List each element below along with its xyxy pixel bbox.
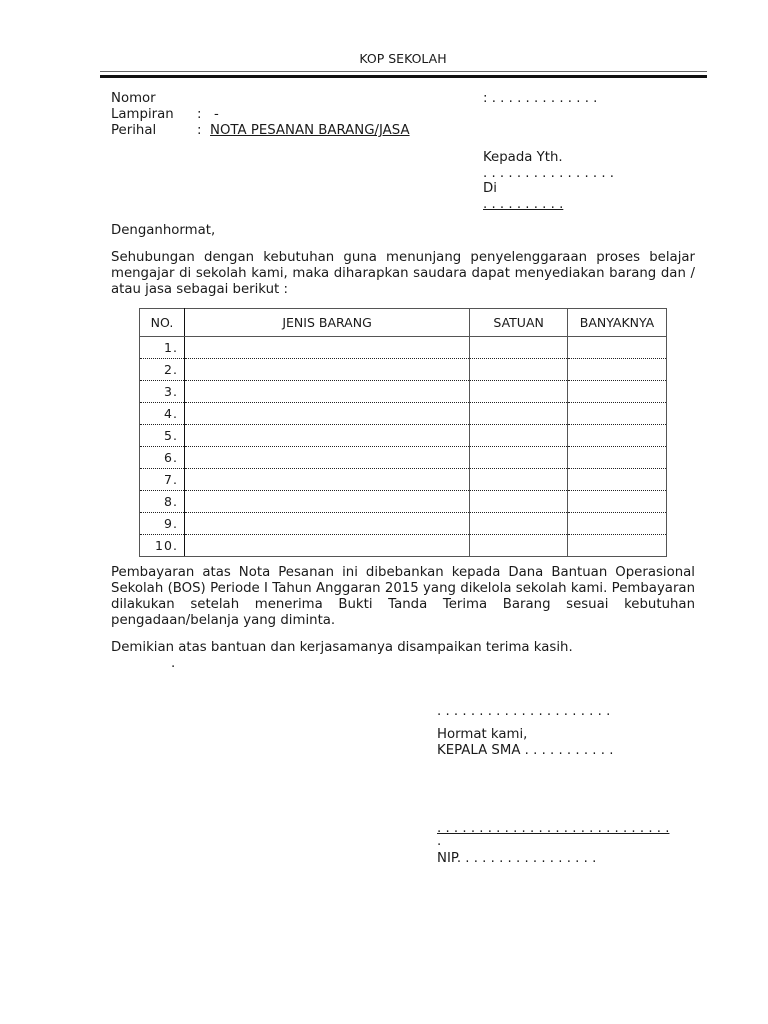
table-row: 2. xyxy=(140,359,667,381)
table-row: 6. xyxy=(140,447,667,469)
no-cell: 6. xyxy=(140,447,185,469)
banyaknya-cell xyxy=(568,425,667,447)
satuan-cell xyxy=(470,447,568,469)
jenis-barang-cell xyxy=(184,447,469,469)
jenis-barang-cell xyxy=(184,513,469,535)
signature-place-date: . . . . . . . . . . . . . . . . . . . . … xyxy=(437,704,610,719)
table-header-row: NO. JENIS BARANG SATUAN BANYAKNYA xyxy=(140,309,667,337)
signature-nip: NIP. . . . . . . . . . . . . . . . . xyxy=(437,851,596,866)
jenis-barang-cell xyxy=(184,469,469,491)
no-cell: 1. xyxy=(140,337,185,359)
signature-hormat: Hormat kami, xyxy=(437,727,527,742)
stray-dot: . xyxy=(171,656,175,671)
table-row: 9. xyxy=(140,513,667,535)
letterhead-rule-thick xyxy=(100,75,707,78)
recipient-kepada: Kepada Yth. xyxy=(483,150,563,165)
header-banyaknya: BANYAKNYA xyxy=(568,309,667,337)
jenis-barang-cell xyxy=(184,535,469,557)
no-cell: 2. xyxy=(140,359,185,381)
satuan-cell xyxy=(470,403,568,425)
signature-jabatan: KEPALA SMA . . . . . . . . . . . xyxy=(437,743,613,758)
signature-name-tail: . xyxy=(437,834,441,849)
salutation: Denganhormat, xyxy=(111,223,215,238)
header-no: NO. xyxy=(140,309,185,337)
table-row: 8. xyxy=(140,491,667,513)
satuan-cell xyxy=(470,359,568,381)
satuan-cell xyxy=(470,425,568,447)
no-cell: 10. xyxy=(140,535,185,557)
letterhead-title: KOP SEKOLAH xyxy=(0,51,768,66)
satuan-cell xyxy=(470,469,568,491)
recipient-di: Di xyxy=(483,181,497,196)
no-cell: 3. xyxy=(140,381,185,403)
letterhead-rule-thin xyxy=(100,71,707,72)
satuan-cell xyxy=(470,381,568,403)
signature-name-line: . . . . . . . . . . . . . . . . . . . . … xyxy=(437,821,669,836)
jenis-barang-cell xyxy=(184,425,469,447)
banyaknya-cell xyxy=(568,447,667,469)
jenis-barang-cell xyxy=(184,381,469,403)
jenis-barang-cell xyxy=(184,337,469,359)
perihal-colon: : xyxy=(197,123,201,138)
satuan-cell xyxy=(470,535,568,557)
lampiran-value: - xyxy=(214,107,219,122)
intro-paragraph: Sehubungan dengan kebutuhan guna menunja… xyxy=(111,250,695,298)
items-table: NO. JENIS BARANG SATUAN BANYAKNYA 1.2.3.… xyxy=(139,308,667,557)
banyaknya-cell xyxy=(568,381,667,403)
banyaknya-cell xyxy=(568,513,667,535)
banyaknya-cell xyxy=(568,469,667,491)
jenis-barang-cell xyxy=(184,491,469,513)
banyaknya-cell xyxy=(568,337,667,359)
no-cell: 4. xyxy=(140,403,185,425)
table-row: 7. xyxy=(140,469,667,491)
closing-text: Demikian atas bantuan dan kerjasamanya d… xyxy=(111,640,573,655)
no-cell: 8. xyxy=(140,491,185,513)
table-row: 1. xyxy=(140,337,667,359)
banyaknya-cell xyxy=(568,403,667,425)
payment-paragraph: Pembayaran atas Nota Pesanan ini dibeban… xyxy=(111,565,695,629)
table-row: 10. xyxy=(140,535,667,557)
perihal-value: NOTA PESANAN BARANG/JASA xyxy=(210,123,410,138)
table-row: 4. xyxy=(140,403,667,425)
satuan-cell xyxy=(470,513,568,535)
recipient-name-dots: . . . . . . . . . . . . . . . . xyxy=(483,166,614,181)
perihal-label: Perihal xyxy=(111,123,156,138)
no-cell: 9. xyxy=(140,513,185,535)
jenis-barang-cell xyxy=(184,359,469,381)
nomor-label: Nomor xyxy=(111,91,156,106)
no-cell: 7. xyxy=(140,469,185,491)
header-satuan: SATUAN xyxy=(470,309,568,337)
jenis-barang-cell xyxy=(184,403,469,425)
banyaknya-cell xyxy=(568,535,667,557)
recipient-place-dots: . . . . . . . . . . xyxy=(483,197,563,212)
table-row: 5. xyxy=(140,425,667,447)
lampiran-colon: : xyxy=(197,107,201,122)
header-jenis-barang: JENIS BARANG xyxy=(184,309,469,337)
satuan-cell xyxy=(470,337,568,359)
no-cell: 5. xyxy=(140,425,185,447)
banyaknya-cell xyxy=(568,491,667,513)
lampiran-label: Lampiran xyxy=(111,107,174,122)
satuan-cell xyxy=(470,491,568,513)
nomor-value: : . . . . . . . . . . . . . xyxy=(483,91,597,106)
table-row: 3. xyxy=(140,381,667,403)
banyaknya-cell xyxy=(568,359,667,381)
